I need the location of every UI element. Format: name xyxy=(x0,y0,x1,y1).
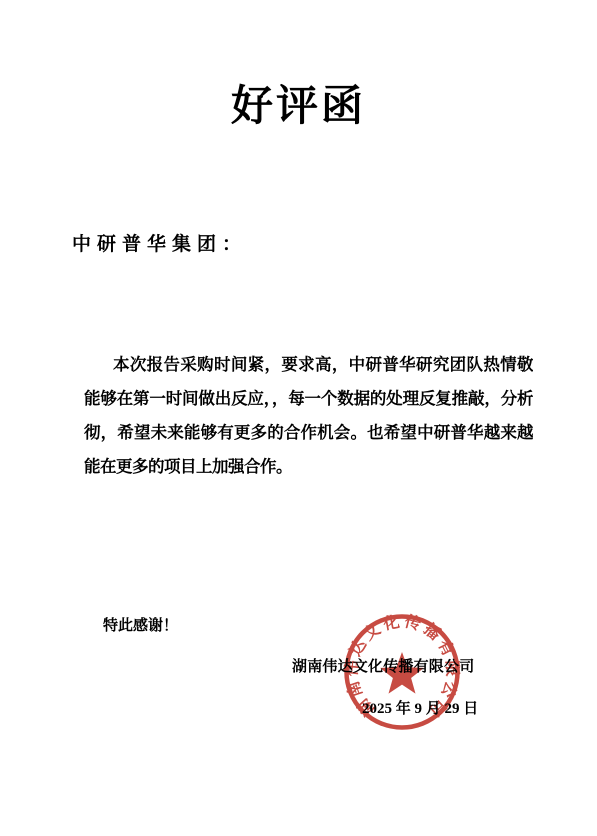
body-line-4: 能在更多的项目上加强合作。 xyxy=(84,450,533,484)
praise-letter-page: 好评函 中研普华集团： 本次报告采购时间紧，要求高，中研普华研究团队热情敬业， … xyxy=(0,0,597,836)
letter-body: 本次报告采购时间紧，要求高，中研普华研究团队热情敬业， 能够在第一时间做出反应，… xyxy=(84,348,533,484)
closing-thanks-line: 特此感谢！ xyxy=(103,614,178,635)
body-line-2: 能够在第一时间做出反应，，每一个数据的处理反复推敲，分析透 xyxy=(84,382,533,416)
salutation-line: 中研普华集团： xyxy=(72,229,247,256)
letter-title: 好评函 xyxy=(0,82,597,132)
body-line-1: 本次报告采购时间紧，要求高，中研普华研究团队热情敬业， xyxy=(84,348,533,382)
letter-date: 2025 年 9 月 29 日 xyxy=(362,697,478,718)
signature-company-name: 湖南伟达文化传播有限公司 xyxy=(292,655,474,676)
body-line-3: 彻，希望未来能够有更多的合作机会。也希望中研普华越来越好， xyxy=(84,416,533,450)
